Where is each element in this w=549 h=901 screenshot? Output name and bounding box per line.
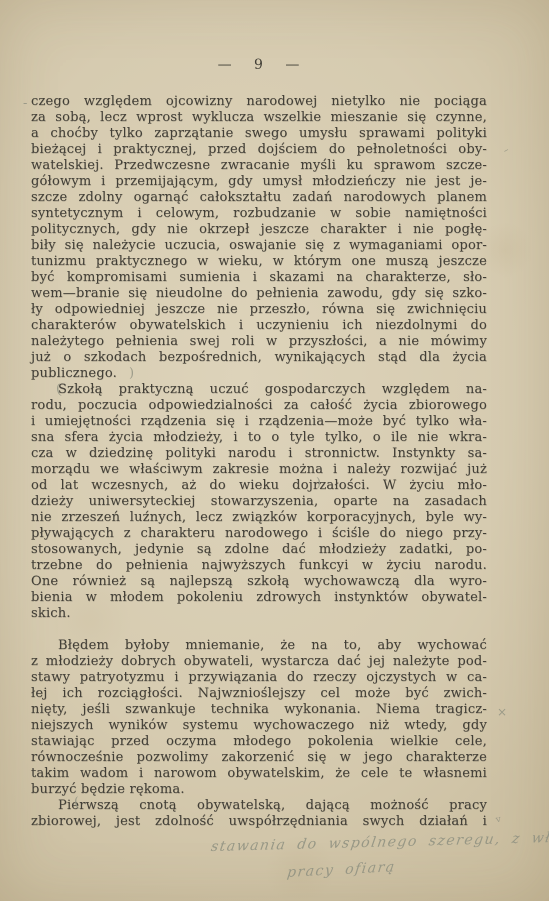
text-line: publicznego. <box>31 366 487 382</box>
text-line: sna sfera życia młodzieży, i to o tyle t… <box>31 430 487 446</box>
text-line: dzieży uniwersyteckiej stowarzyszenia, o… <box>31 494 487 510</box>
text-line: nie zrzeszeń luźnych, lecz związków korp… <box>31 510 487 526</box>
text-line: bienia w młodem pokoleniu zdrowych insty… <box>31 590 487 606</box>
text-line: syntetycznym i celowym, rozbudzanie w so… <box>31 206 487 222</box>
paragraph-1: czego względem ojcowizny narodowej niety… <box>31 94 487 382</box>
text-line: i umiejętności rządzenia się i rządzenia… <box>31 414 487 430</box>
text-line: należytego pełnienia swej roli w przyszł… <box>31 334 487 350</box>
text-line: za sobą, lecz wprost wyklucza wszelkie m… <box>31 110 487 126</box>
text-line: a choćby tylko zaprzątanie swego umysłu … <box>31 126 487 142</box>
body-text: czego względem ojcowizny narodowej niety… <box>31 94 487 830</box>
text-line: Szkołą praktyczną uczuć gospodarczych wz… <box>31 382 487 398</box>
text-line: trzebne do pełnienia najwyższych funkcyi… <box>31 558 487 574</box>
text-line: cza w dziedzinę polityki narodu i stronn… <box>31 446 487 462</box>
paragraph-2: Szkołą praktyczną uczuć gospodarczych wz… <box>31 382 487 622</box>
text-line: nięty, jeśli szwankuje technika wykonani… <box>31 702 487 718</box>
text-line: One również są najlepszą szkołą wychowaw… <box>31 574 487 590</box>
text-line: wem—branie się nieudolne do pełnienia za… <box>31 286 487 302</box>
text-line: charakterów obywatelskich i uczynieniu i… <box>31 318 487 334</box>
handwritten-note-line-2: pracy ofiarą <box>286 859 397 881</box>
text-line: gółowym i przemijającym, gdy umysł młodz… <box>31 174 487 190</box>
pencil-v-right-margin: v <box>495 816 502 826</box>
paragraph-3: Błędem byłoby mniemanie, że na to, aby w… <box>31 638 487 798</box>
text-line: takim wadom i narowom obywatelskim, że c… <box>31 766 487 782</box>
text-line: Błędem byłoby mniemanie, że na to, aby w… <box>31 638 487 654</box>
text-line: tunizmu praktycznego w wieku, w którym o… <box>31 254 487 270</box>
text-line: stawy patryotyzmu i przywiązania do rzec… <box>31 670 487 686</box>
text-line: już o szkodach bezpośrednich, wynikający… <box>31 350 487 366</box>
text-line: Pierwszą cnotą obywatelską, dającą możno… <box>31 798 487 814</box>
book-page: — 9 — czego względem ojcowizny narodowej… <box>0 0 549 901</box>
paragraph-4: Pierwszą cnotą obywatelską, dającą możno… <box>31 798 487 830</box>
pencil-tick-right-margin-top: – <box>502 145 511 156</box>
text-line: szcze zdolny ogarnąć całokształtu zadań … <box>31 190 487 206</box>
text-line: bieżącej i praktycznej, przed dojściem d… <box>31 142 487 158</box>
text-line: ły odpowiedniej jeszcze nie przeszło, ró… <box>31 302 487 318</box>
text-line: łej ich rozciągłości. Najwznioślejszy ce… <box>31 686 487 702</box>
text-line: politycznych, gdy nie okrzepł jeszcze ch… <box>31 222 487 238</box>
text-line: zbiorowej, jest zdolność uwspółrzędniani… <box>31 814 487 830</box>
text-line: od lat wczesnych, aż do wieku dojrzałośc… <box>31 478 487 494</box>
text-line: burzyć będzie rękoma. <box>31 782 487 798</box>
handwritten-note-line-1: stawania do wspólnego szeregu, z własnej <box>210 829 549 855</box>
text-line: niejszych wyników systemu wychowaczego n… <box>31 718 487 734</box>
pencil-dash-before-first-line: - <box>23 97 27 110</box>
text-line: z młodzieży dobrych obywateli, wystarcza… <box>31 654 487 670</box>
text-line: czego względem ojcowizny narodowej niety… <box>31 94 487 110</box>
text-line: morządu we właściwym zakresie można i na… <box>31 462 487 478</box>
page-number: — 9 — <box>31 57 487 73</box>
text-line: równocześnie pozwolimy zakorzenić się w … <box>31 750 487 766</box>
text-line: być kompromisami sumienia i skazami na c… <box>31 270 487 286</box>
text-line: pływających z charakteru narodowego i śc… <box>31 526 487 542</box>
pencil-x-right-margin: × <box>497 706 507 718</box>
text-line: stosowanych, jedynie są zdolne dać młodz… <box>31 542 487 558</box>
text-line: stawiając przed oczyma młodego pokolenia… <box>31 734 487 750</box>
text-line: biły się należycie uczucia, oswajanie si… <box>31 238 487 254</box>
text-line: rodu, poczucia odpowiedzialności za cało… <box>31 398 487 414</box>
text-line: watelskiej. Przedwczesne zwracanie myśli… <box>31 158 487 174</box>
text-line: skich. <box>31 606 487 622</box>
